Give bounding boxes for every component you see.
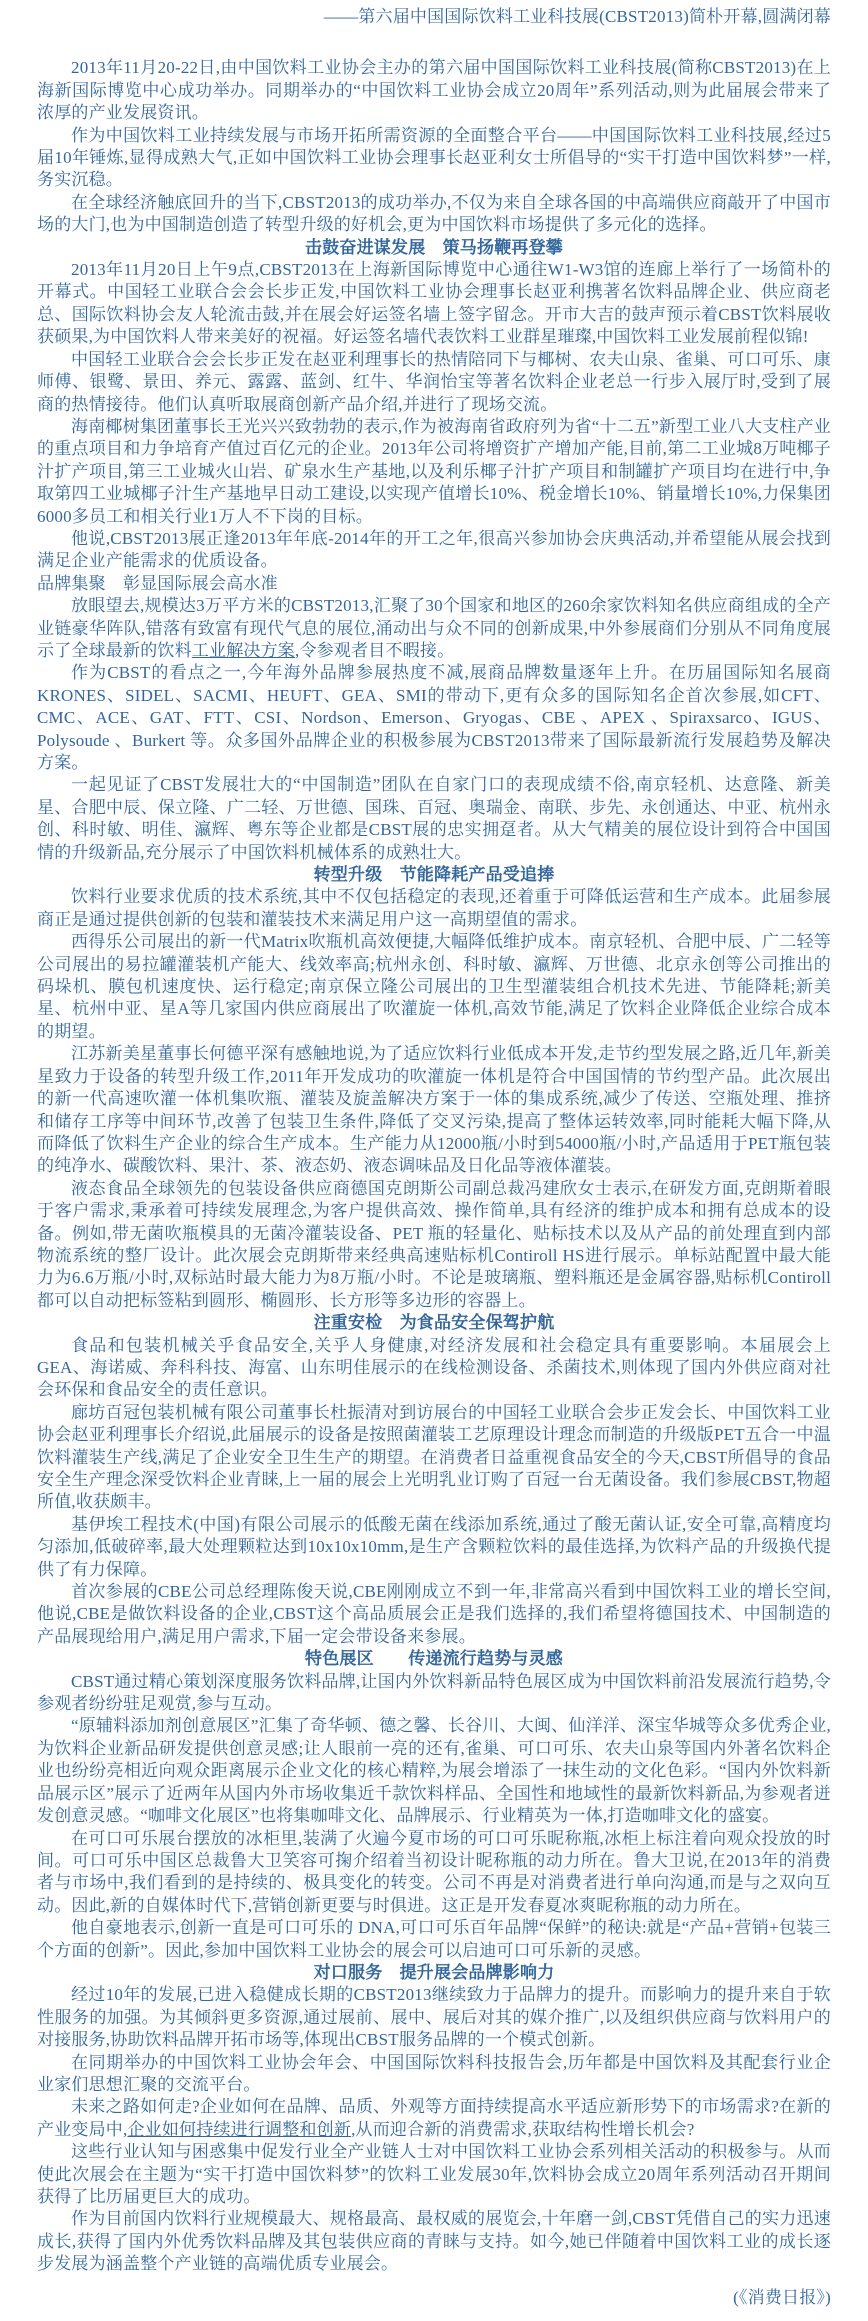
paragraph: CBST通过精心策划深度服务饮料品牌,让国内外饮料新品特色展区成为中国饮料前沿发… <box>37 1671 831 1716</box>
paragraph: 2013年11月20日上午9点,CBST2013在上海新国际博览中心通往W1-W… <box>37 259 831 349</box>
paragraph: 经过10年的发展,已进入稳健成长期的CBST2013继续致力于品牌力的提升。而影… <box>37 1984 831 2051</box>
paragraph: 基伊埃工程技术(中国)有限公司展示的低酸无菌在线添加系统,通过了酸无菌认证,安全… <box>37 1514 831 1581</box>
section-heading: 注重安检 为食品安全保驾护航 <box>37 1312 831 1334</box>
paragraph: 液态食品全球领先的包装设备供应商德国克朗斯公司副总裁冯建欣女士表示,在研发方面,… <box>37 1178 831 1312</box>
paragraph: 首次参展的CBE公司总经理陈俊天说,CBE刚刚成立不到一年,非常高兴看到中国饮料… <box>37 1581 831 1648</box>
paragraph: “原辅料添加剂创意展区”汇集了奇华顿、德之馨、长谷川、大闽、仙洋洋、深宝华城等众… <box>37 1715 831 1827</box>
paragraph: 在全球经济触底回升的当下,CBST2013的成功举办,不仅为来自全球各国的中高端… <box>37 192 831 237</box>
section-heading: 对口服务 提升展会品牌影响力 <box>37 1962 831 1984</box>
paragraph: 他说,CBST2013展正逢2013年年底-2014年的开工之年,很高兴参加协会… <box>37 528 831 573</box>
paragraph: 一起见证了CBST发展壮大的“中国制造”团队在自家门口的表现成绩不俗,南京轻机、… <box>37 774 831 864</box>
source-attribution: (《消费日报》) <box>37 2287 831 2309</box>
section-heading: 转型升级 节能降耗产品受追捧 <box>37 864 831 886</box>
paragraph: 饮料行业要求优质的技术系统,其中不仅包括稳定的表现,还着重于可降低运营和生产成本… <box>37 886 831 931</box>
paragraph: 作为中国饮料工业持续发展与市场开拓所需资源的全面整合平台——中国国际饮料工业科技… <box>37 125 831 192</box>
paragraph: 廊坊百冠包装机械有限公司董事长杜振清对到访展台的中国轻工业联合会步正发会长、中国… <box>37 1402 831 1514</box>
paragraph: 食品和包装机械关乎食品安全,关乎人身健康,对经济发展和社会稳定具有重要影响。本届… <box>37 1335 831 1402</box>
paragraph: 作为CBST的看点之一,今年海外品牌参展热度不减,展商品牌数量逐年上升。在历届国… <box>37 662 831 774</box>
subsection-heading: 品牌集聚 彰显国际展会高水准 <box>37 573 831 595</box>
paragraph: 江苏新美星董事长何德平深有感触地说,为了适应饮料行业低成本开发,走节约型发展之路… <box>37 1043 831 1177</box>
paragraph: 作为目前国内饮料行业规模最大、规格最高、最权威的展览会,十年磨一剑,CBST凭借… <box>37 2208 831 2275</box>
paragraph: 未来之路如何走?企业如何在品牌、品质、外观等方面持续提高水平适应新形势下的市场需… <box>37 2096 831 2141</box>
section-heading: 特色展区 传递流行趋势与灵感 <box>37 1648 831 1670</box>
underlined-text: 工业解决方案 <box>192 641 295 660</box>
paragraph: 西得乐公司展出的新一代Matrix吹瓶机高效便捷,大幅降低维护成本。南京轻机、合… <box>37 931 831 1043</box>
paragraph: 2013年11月20-22日,由中国饮料工业协会主办的第六届中国国际饮料工业科技… <box>37 57 831 124</box>
section-heading: 击鼓奋进谋发展 策马扬鞭再登攀 <box>37 237 831 259</box>
paragraph: 这些行业认知与困惑集中促发行业全产业链人士对中国饮料工业协会系列相关活动的积极参… <box>37 2141 831 2208</box>
underlined-text: 企业如何持续进行调整和创新 <box>127 2120 351 2139</box>
paragraph: 他自豪地表示,创新一直是可口可乐的 DNA,可口可乐百年品牌“保鲜”的秘诀:就是… <box>37 1917 831 1962</box>
article-page: ——第六届中国国际饮料工业科技展(CBST2013)简朴开幕,圆满闭幕2013年… <box>0 0 868 2321</box>
paragraph: 海南椰树集团董事长王光兴兴致勃勃的表示,作为被海南省政府列为省“十二五”新型工业… <box>37 416 831 528</box>
article-headline: ——第六届中国国际饮料工业科技展(CBST2013)简朴开幕,圆满闭幕 <box>37 6 831 28</box>
paragraph: 在同期举办的中国饮料工业协会年会、中国国际饮料科技报告会,历年都是中国饮料及其配… <box>37 2052 831 2097</box>
paragraph: 中国轻工业联合会会长步正发在赵亚利理事长的热情陪同下与椰树、农夫山泉、雀巢、可口… <box>37 349 831 416</box>
paragraph: 放眼望去,规模达3万平方米的CBST2013,汇聚了30个国家和地区的260余家… <box>37 595 831 662</box>
paragraph: 在可口可乐展台摆放的冰柜里,装满了火遍今夏市场的可口可乐昵称瓶,冰柜上标注着向观… <box>37 1828 831 1918</box>
article-body: ——第六届中国国际饮料工业科技展(CBST2013)简朴开幕,圆满闭幕2013年… <box>0 0 868 2321</box>
